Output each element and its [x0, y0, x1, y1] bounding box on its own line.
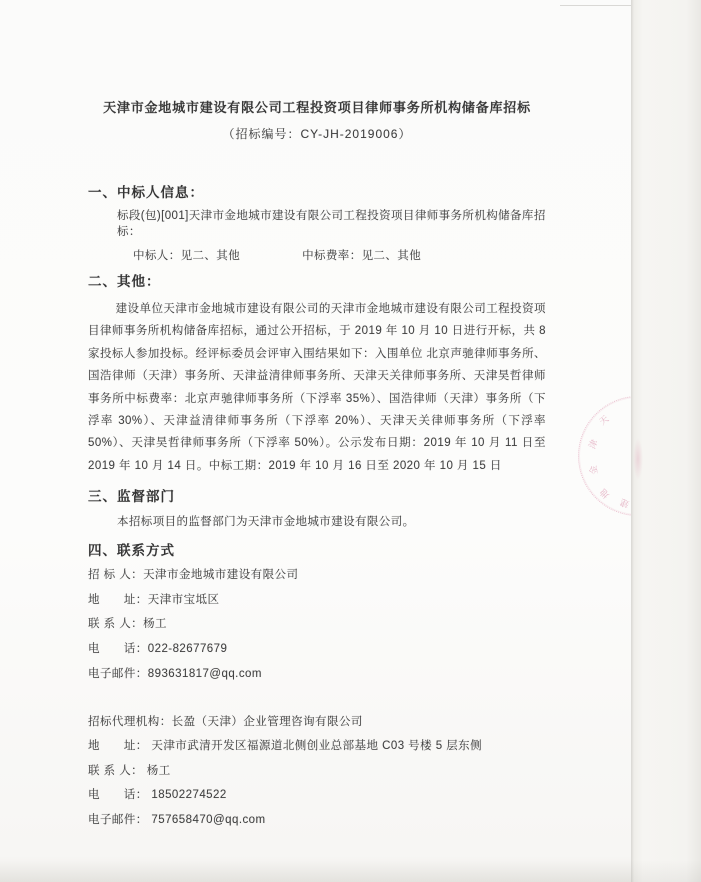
section4-heading: 四、联系方式	[88, 542, 546, 559]
contact-row-agency-person: 联 系 人： 杨工	[88, 763, 546, 779]
contact-label: 电子邮件：	[88, 666, 148, 682]
stamp-glyphs: 建	[617, 496, 631, 512]
winner-value: 见二、其他	[181, 250, 241, 262]
contact-row-tenderer-address: 地 址：天津市宝坻区	[88, 592, 546, 608]
contact-row-tenderer-phone: 电 话：022-82677679	[88, 641, 546, 657]
contact-label: 联 系 人：	[88, 763, 143, 779]
contact-value: 18502274522	[148, 787, 227, 803]
contact-label: 联 系 人：	[88, 616, 143, 632]
contact-value: 757658470@qq.com	[148, 812, 266, 828]
contact-value: 天津市武清开发区福源道北侧创业总部基地 C03 号楼 5 层东侧	[148, 738, 482, 754]
tender-number: （招标编号：CY-JH-2019006）	[88, 126, 546, 142]
contact-label: 电 话：	[88, 641, 148, 657]
section3-body: 本招标项目的监督部门为天津市金地城市建设有限公司。	[88, 514, 546, 530]
contact-row-tenderer-name: 招 标 人：天津市金地城市建设有限公司	[88, 567, 546, 583]
agency-contact-block: 招标代理机构：长盈（天津）企业管理咨询有限公司 地 址： 天津市武清开发区福源道…	[88, 714, 546, 828]
contact-value: 杨工	[143, 763, 171, 779]
contact-row-agency-name: 招标代理机构：长盈（天津）企业管理咨询有限公司	[88, 714, 546, 730]
rate-label: 中标费率：	[302, 250, 362, 262]
stamp-glyphs: 地	[596, 485, 612, 501]
contact-row-agency-phone: 电 话： 18502274522	[88, 787, 546, 803]
document-title: 天津市金地城市建设有限公司工程投资项目律师事务所机构储备库招标	[88, 100, 546, 116]
stamp-glyphs: 金	[586, 463, 601, 475]
winner-label: 中标人：	[133, 250, 181, 262]
contact-value: 022-82677679	[148, 641, 228, 657]
contact-row-agency-email: 电子邮件： 757658470@qq.com	[88, 812, 546, 828]
paper-sheet: 天津市金地城市建设有限公司工程投资项目律师事务所机构储备库招标 （招标编号：CY…	[0, 0, 631, 882]
contact-label: 招标代理机构：	[88, 714, 172, 730]
contact-row-tenderer-person: 联 系 人：杨工	[88, 616, 546, 632]
contact-value: 长盈（天津）企业管理咨询有限公司	[172, 714, 363, 730]
stamp-glyphs: 津	[585, 436, 601, 451]
contact-label: 招 标 人：	[88, 567, 143, 583]
stamp-glyphs: 天	[596, 411, 612, 427]
lot-line: 标段(包)[001]天津市金地城市建设有限公司工程投资项目律师事务所机构储备库招…	[88, 208, 546, 240]
page-top-edge	[560, 5, 631, 6]
contact-value: 天津市宝坻区	[148, 592, 220, 608]
section1-heading: 一、中标人信息：	[88, 184, 546, 201]
scanned-page: 天津市金地城市建设有限公司工程投资项目律师事务所机构储备库招标 （招标编号：CY…	[0, 0, 701, 882]
contact-value: 天津市金地城市建设有限公司	[143, 567, 298, 583]
contact-label: 地 址：	[88, 592, 148, 608]
rate-value: 见二、其他	[362, 250, 422, 262]
document-content: 天津市金地城市建设有限公司工程投资项目律师事务所机构储备库招标 （招标编号：CY…	[0, 0, 631, 837]
tenderer-contact-block: 招 标 人：天津市金地城市建设有限公司 地 址：天津市宝坻区 联 系 人：杨工 …	[88, 567, 546, 681]
contact-row-agency-address: 地 址： 天津市武清开发区福源道北侧创业总部基地 C03 号楼 5 层东侧	[88, 738, 546, 754]
contact-label: 电 话：	[88, 787, 148, 803]
winner-line: 中标人：见二、其他中标费率：见二、其他	[88, 248, 546, 264]
contact-value: 杨工	[143, 616, 167, 632]
section3-heading: 三、监督部门	[88, 488, 546, 505]
contact-label: 电子邮件：	[88, 812, 148, 828]
stamp-bleed-mark	[633, 438, 643, 480]
section2-paragraph: 建设单位天津市金地城市建设有限公司的天津市金地城市建设有限公司工程投资项目律师事…	[88, 298, 546, 477]
contact-row-tenderer-email: 电子邮件：893631817@qq.com	[88, 666, 546, 682]
contact-value: 893631817@qq.com	[148, 666, 262, 682]
contact-label: 地 址：	[88, 738, 148, 754]
section2-heading: 二、其他：	[88, 273, 546, 290]
